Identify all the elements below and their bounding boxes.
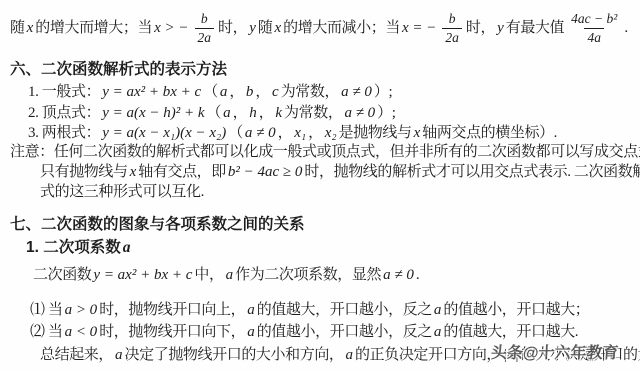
general-form-item: 1. 一般式：y = ax² + bx + c（a，b，c为常数，a ≠ 0）;	[28, 82, 392, 102]
note-line-1: 注意：任何二次函数的解析式都可以化成一般式或顶点式，但并非所有的二次函数都可以写…	[10, 142, 640, 162]
note-line-3: 式的这三种形式可以互化.	[40, 182, 204, 202]
note-line-2: 只有抛物线与x轴有交点，即b² − 4ac ≥ 0时，抛物线的解析式才可以用交点…	[40, 162, 640, 182]
case-a-negative-line: ⑵ 当a < 0时，抛物线开口向下，a的值越小，开口越小，反之a的值越大，开口越…	[30, 322, 578, 342]
section-6-heading: 六、二次函数解析式的表示方法	[10, 60, 227, 80]
watermark: 头条@十六年教育	[490, 340, 619, 363]
coefficient-a-subheading: 1. 二次项系数a	[26, 238, 132, 258]
case-a-positive-line: ⑴ 当a > 0时，抛物线开口向上，a的值越大，开口越小，反之a的值越小，开口越…	[30, 300, 589, 320]
vertex-form-item: 2. 顶点式：y = a(x − h)² + k（a，h，k为常数，a ≠ 0）…	[28, 103, 396, 123]
intro-monotonicity-line: 随x的增大而增大；当x > −b2a时，y随x的增大而减小；当x = −b2a时…	[10, 5, 628, 51]
section-7-heading: 七、二次函数的图象与各项系数之间的关系	[10, 215, 305, 235]
fraction: 4ac − b²4a	[568, 11, 620, 45]
fraction: b2a	[442, 11, 462, 45]
document-page: 随x的增大而增大；当x > −b2a时，y随x的增大而减小；当x = −b2a时…	[0, 0, 640, 371]
fraction: b2a	[195, 11, 215, 45]
quadratic-coefficient-paragraph: 二次函数y = ax² + bx + c中，a作为二次项系数，显然a ≠ 0.	[33, 265, 419, 285]
two-root-form-item: 3. 两根式：y = a(x − x₁)(x − x₂)（a ≠ 0，x₁，x₂…	[28, 123, 557, 143]
